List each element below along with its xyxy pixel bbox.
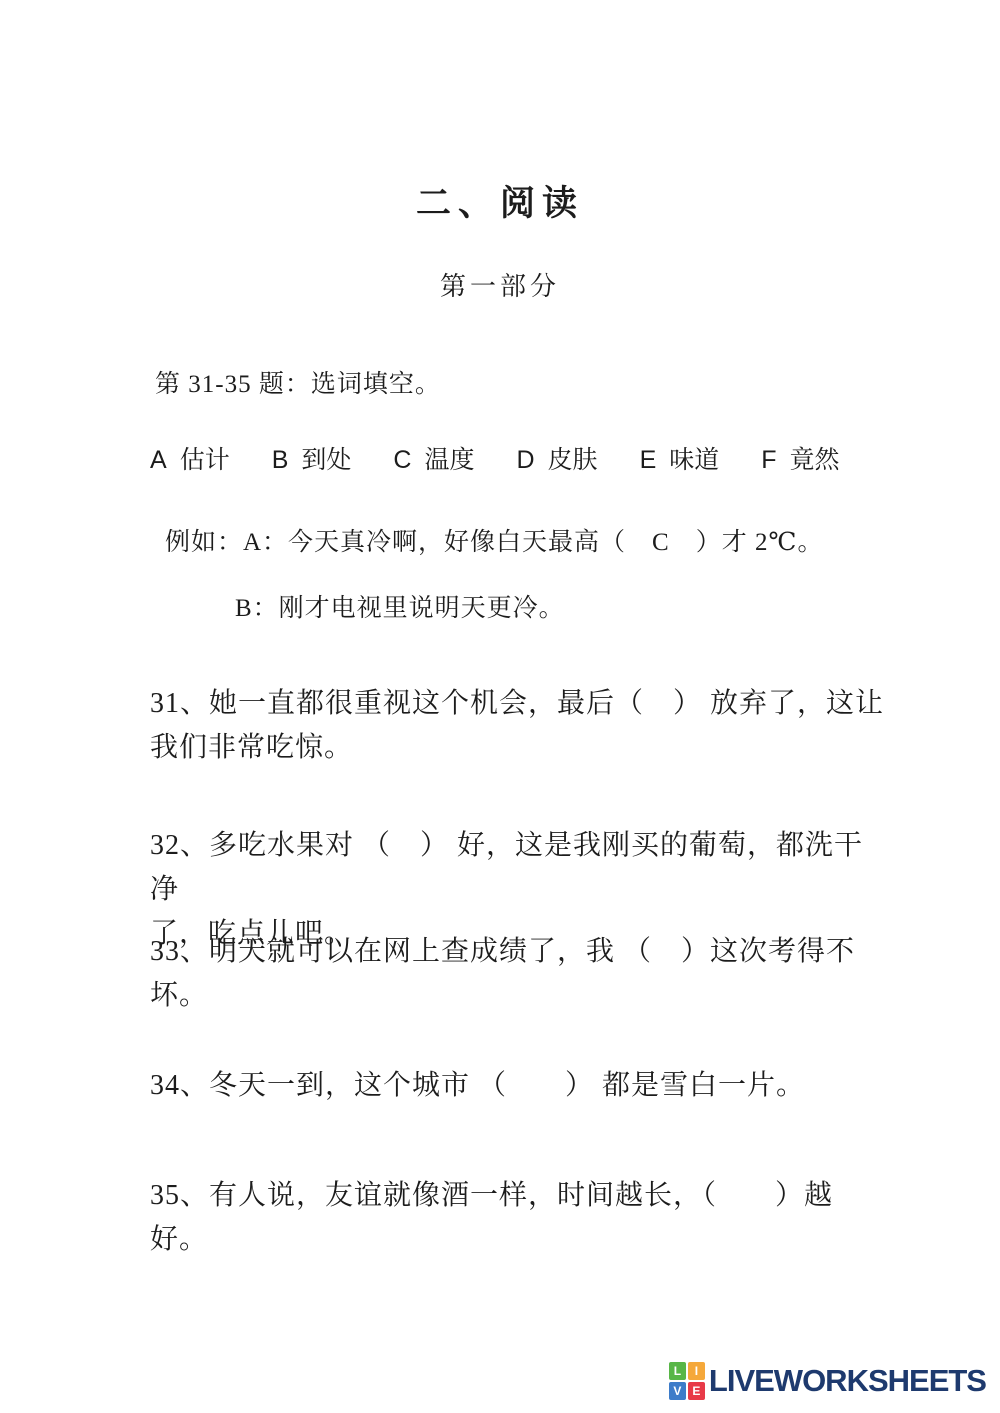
example-line-b: B：刚才电视里说明天更冷。 (235, 588, 565, 624)
question-35: 35、有人说，友谊就像酒一样，时间越长，（ ）越好。 (150, 1174, 890, 1262)
logo-text: LIVEWORKSHEETS (709, 1363, 986, 1399)
instructions-text: 第 31-35 题：选词填空。 (155, 364, 441, 400)
logo-tile-i: I (688, 1362, 705, 1380)
option-letter: B (272, 446, 289, 474)
option-letter: C (393, 446, 411, 474)
option-letter: D (516, 446, 534, 474)
question-33: 33、明天就可以在网上查成绩了，我 （ ）这次考得不 坏。 (150, 930, 890, 1018)
option-letter: A (150, 446, 167, 474)
word-option-c: C温度 (393, 440, 474, 476)
question-line: 35、有人说，友谊就像酒一样，时间越长，（ ）越好。 (150, 1174, 890, 1262)
logo-tile-e: E (688, 1382, 705, 1400)
option-word: 温度 (424, 447, 474, 474)
question-31: 31、她一直都很重视这个机会，最后（ ） 放弃了，这让 我们非常吃惊。 (150, 682, 890, 770)
question-line: 34、冬天一到，这个城市 （ ） 都是雪白一片。 (150, 1064, 890, 1108)
option-word: 竟然 (790, 447, 840, 474)
liveworksheets-logo[interactable]: L I V E LIVEWORKSHEETS (669, 1362, 986, 1400)
question-line: 33、明天就可以在网上查成绩了，我 （ ）这次考得不 (150, 930, 890, 974)
option-word: 估计 (180, 447, 230, 474)
word-option-d: D皮肤 (516, 440, 597, 476)
question-line: 31、她一直都很重视这个机会，最后（ ） 放弃了，这让 (150, 682, 890, 726)
option-word: 味道 (669, 447, 719, 474)
word-bank: A估计 B到处 C温度 D皮肤 E味道 F竟然 (150, 440, 840, 476)
question-line: 32、多吃水果对 （ ） 好，这是我刚买的葡萄，都洗干净 (150, 824, 890, 912)
question-34: 34、冬天一到，这个城市 （ ） 都是雪白一片。 (150, 1064, 890, 1108)
option-letter: E (640, 446, 657, 474)
example-line-a: 例如：A：今天真冷啊，好像白天最高（ C ）才 2℃。 (165, 522, 823, 558)
question-line: 坏。 (150, 974, 890, 1018)
word-option-a: A估计 (150, 440, 230, 476)
option-word: 皮肤 (548, 447, 598, 474)
page-title: 二、阅读 (0, 176, 1000, 226)
logo-tile-l: L (669, 1362, 686, 1380)
liveworksheets-grid-icon: L I V E (669, 1362, 705, 1400)
section-subtitle: 第一部分 (0, 266, 1000, 303)
word-option-e: E味道 (640, 440, 720, 476)
option-letter: F (761, 446, 776, 474)
option-word: 到处 (301, 447, 351, 474)
logo-tile-v: V (669, 1382, 686, 1400)
worksheet-page: 二、阅读 第一部分 第 31-35 题：选词填空。 A估计 B到处 C温度 D皮… (0, 0, 1000, 1413)
word-option-b: B到处 (272, 440, 352, 476)
word-option-f: F竟然 (761, 440, 839, 476)
question-line: 我们非常吃惊。 (150, 726, 890, 770)
